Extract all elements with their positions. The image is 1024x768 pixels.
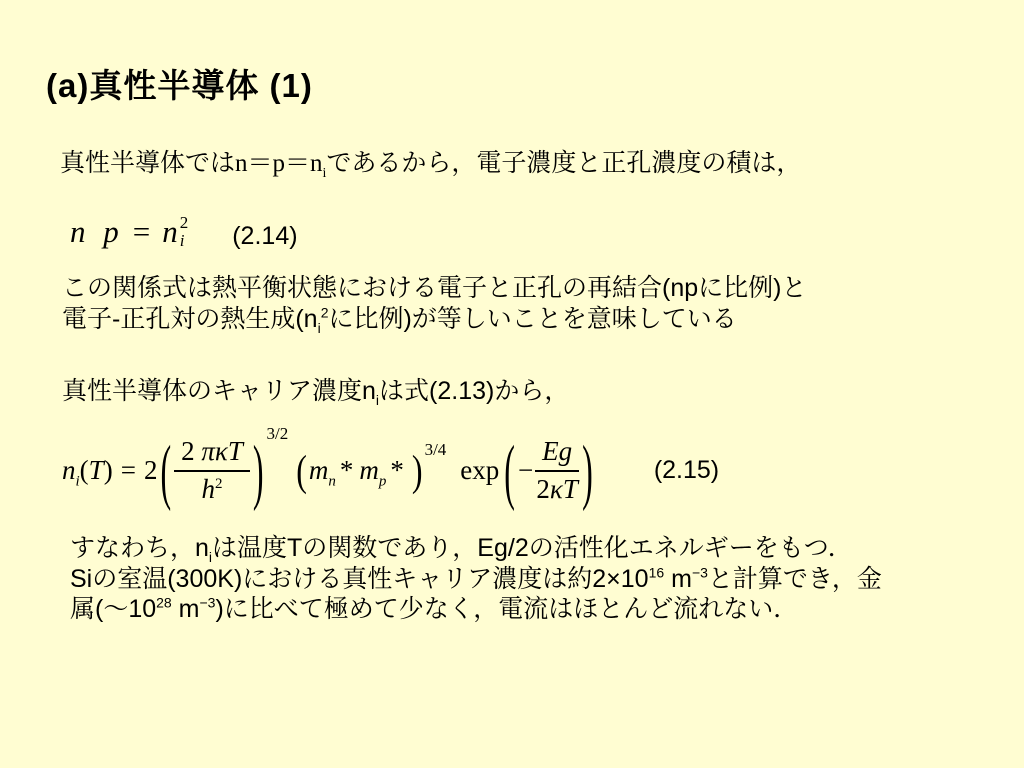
eq215-lhs: ni(T)=2 xyxy=(62,455,157,486)
eq215-minus-sign: − xyxy=(518,455,533,486)
eq215-mid-close-paren: ) xyxy=(412,448,423,491)
eq215-label: (2.15) xyxy=(654,456,719,485)
eq215-big-close-paren-2: ) xyxy=(582,433,593,507)
eq215-fraction-2: Eg 2κT xyxy=(535,436,579,505)
paragraph-2-line1: この関係式は熱平衡状態における電子と正孔の再結合(npに比例)と xyxy=(62,273,806,304)
eq215-frac1-num-var: πκT xyxy=(201,436,243,466)
paragraph-4-line1-text: すなわち，n xyxy=(70,534,209,562)
eq215-big-open-paren-2: ( xyxy=(504,433,515,507)
paragraph-4-line3-unit: m xyxy=(172,595,200,623)
eq215-exponent-three-quarters: 3/4 xyxy=(425,440,447,460)
paragraph-1-text-tail: であるから，電子濃度と正孔濃度の積は， xyxy=(326,149,801,177)
eq215-mass-term: mn*mp* xyxy=(309,455,410,486)
eq215-arg-open-paren: ( xyxy=(80,455,89,485)
paragraph-4-line2-text: Siの室温(300K)における真性キャリア濃度は約2×10 xyxy=(70,565,649,593)
eq215-frac1-den-base: h xyxy=(201,474,215,504)
eq215-star-1: * xyxy=(340,455,354,485)
eq214-ni-subscript: i xyxy=(180,232,185,250)
paragraph-4-line3-text: 属(～10 xyxy=(70,595,156,623)
paragraph-4-exponent-minus3-b: −3 xyxy=(200,595,216,611)
paragraph-2-line2: 電子-正孔対の熱生成(ni2に比例)が等しいことを意味している xyxy=(62,304,806,335)
paragraph-4-exponent-16: 16 xyxy=(649,564,665,580)
eq215-equals: = xyxy=(121,455,136,485)
eq215-mid-open-paren: ( xyxy=(296,448,307,491)
eq215-arg-T: T xyxy=(89,455,104,485)
eq215-big-close-paren-1: ) xyxy=(253,433,264,507)
paragraph-1: 真性半導体ではn＝p＝niであるから，電子濃度と正孔濃度の積は， xyxy=(60,148,801,179)
equation-2-14: n p=n2i(2.14) xyxy=(70,206,298,258)
eq215-n: n xyxy=(62,455,76,485)
paragraph-1-math: n＝p＝n xyxy=(235,150,323,177)
paragraph-4-exponent-28: 28 xyxy=(156,595,172,611)
eq214-ni-scripts: 2i xyxy=(180,214,189,250)
eq215-fraction-1-numerator: 2 πκT xyxy=(174,436,250,472)
paragraph-4-line2-unit: m xyxy=(664,565,692,593)
eq215-frac1-den-exponent: 2 xyxy=(215,476,223,492)
paragraph-2-line2-text: 電子-正孔対の熱生成(n xyxy=(62,305,318,333)
eq215-fraction-2-numerator: Eg xyxy=(535,436,579,472)
paragraph-4-line1-tail: は温度Tの関数であり，Eg/2の活性化エネルギーをもつ． xyxy=(212,534,853,562)
eq214-equals: = xyxy=(133,214,150,250)
eq215-star-2: * xyxy=(390,455,404,485)
eq214-lhs: n p xyxy=(70,214,119,250)
paragraph-2-ni-subscript: i xyxy=(318,320,321,336)
paragraph-2-line2-tail: に比例)が等しいことを意味している xyxy=(328,305,736,333)
eq215-coefficient: 2 xyxy=(144,455,158,485)
paragraph-4-line2-tail: と計算でき，金 xyxy=(708,565,882,593)
paragraph-4-line3-tail: )に比べて極めて少なく，電流はほとんど流れない． xyxy=(215,595,798,623)
eq215-mp: m xyxy=(359,455,379,485)
paragraph-4: すなわち，niは温度Tの関数であり，Eg/2の活性化エネルギーをもつ． Siの室… xyxy=(70,533,882,625)
eq215-mn: m xyxy=(309,455,329,485)
paragraph-1-text: 真性半導体では xyxy=(60,149,235,177)
eq215-fraction-1-denominator: h2 xyxy=(201,472,222,505)
eq215-fraction-2-denominator: 2κT xyxy=(536,472,577,505)
slide: (a)真性半導体 (1) 真性半導体ではn＝p＝niであるから，電子濃度と正孔濃… xyxy=(0,0,1024,768)
eq214-label: (2.14) xyxy=(232,222,297,251)
eq214-ni-exponent: 2 xyxy=(180,214,189,232)
eq215-mp-subscript: p xyxy=(379,473,387,489)
eq215-big-open-paren-1: ( xyxy=(160,433,171,507)
eq215-exp-function: exp xyxy=(460,455,499,486)
eq215-arg-close-paren: ) xyxy=(104,455,113,485)
eq215-frac2-den-var: κT xyxy=(550,474,578,504)
paragraph-2: この関係式は熱平衡状態における電子と正孔の再結合(npに比例)と 電子-正孔対の… xyxy=(62,273,806,335)
paragraph-3-text-tail: は式(2.13)から， xyxy=(379,377,569,405)
eq215-frac2-den-coef: 2 xyxy=(536,474,550,504)
slide-title: (a)真性半導体 (1) xyxy=(46,60,313,107)
equation-2-15: ni(T)=2 ( 2 πκT h2 ) 3/2 ( mn*mp* ) 3/4 … xyxy=(62,420,719,520)
eq215-exponent-three-halves: 3/2 xyxy=(267,424,289,444)
eq215-mn-subscript: n xyxy=(328,473,336,489)
eq215-frac1-num-coef: 2 xyxy=(181,436,195,466)
eq215-fraction-1: 2 πκT h2 xyxy=(174,436,250,505)
paragraph-4-exponent-minus3-a: −3 xyxy=(692,564,708,580)
paragraph-4-line2: Siの室温(300K)における真性キャリア濃度は約2×1016 m−3と計算でき… xyxy=(70,564,882,595)
paragraph-4-line1: すなわち，niは温度Tの関数であり，Eg/2の活性化エネルギーをもつ． xyxy=(70,533,882,564)
paragraph-3: 真性半導体のキャリア濃度niは式(2.13)から， xyxy=(62,376,569,407)
eq214-ni-base: n xyxy=(162,214,178,250)
paragraph-4-line3: 属(～1028 m−3)に比べて極めて少なく，電流はほとんど流れない． xyxy=(70,594,882,625)
paragraph-3-text: 真性半導体のキャリア濃度n xyxy=(62,377,376,405)
